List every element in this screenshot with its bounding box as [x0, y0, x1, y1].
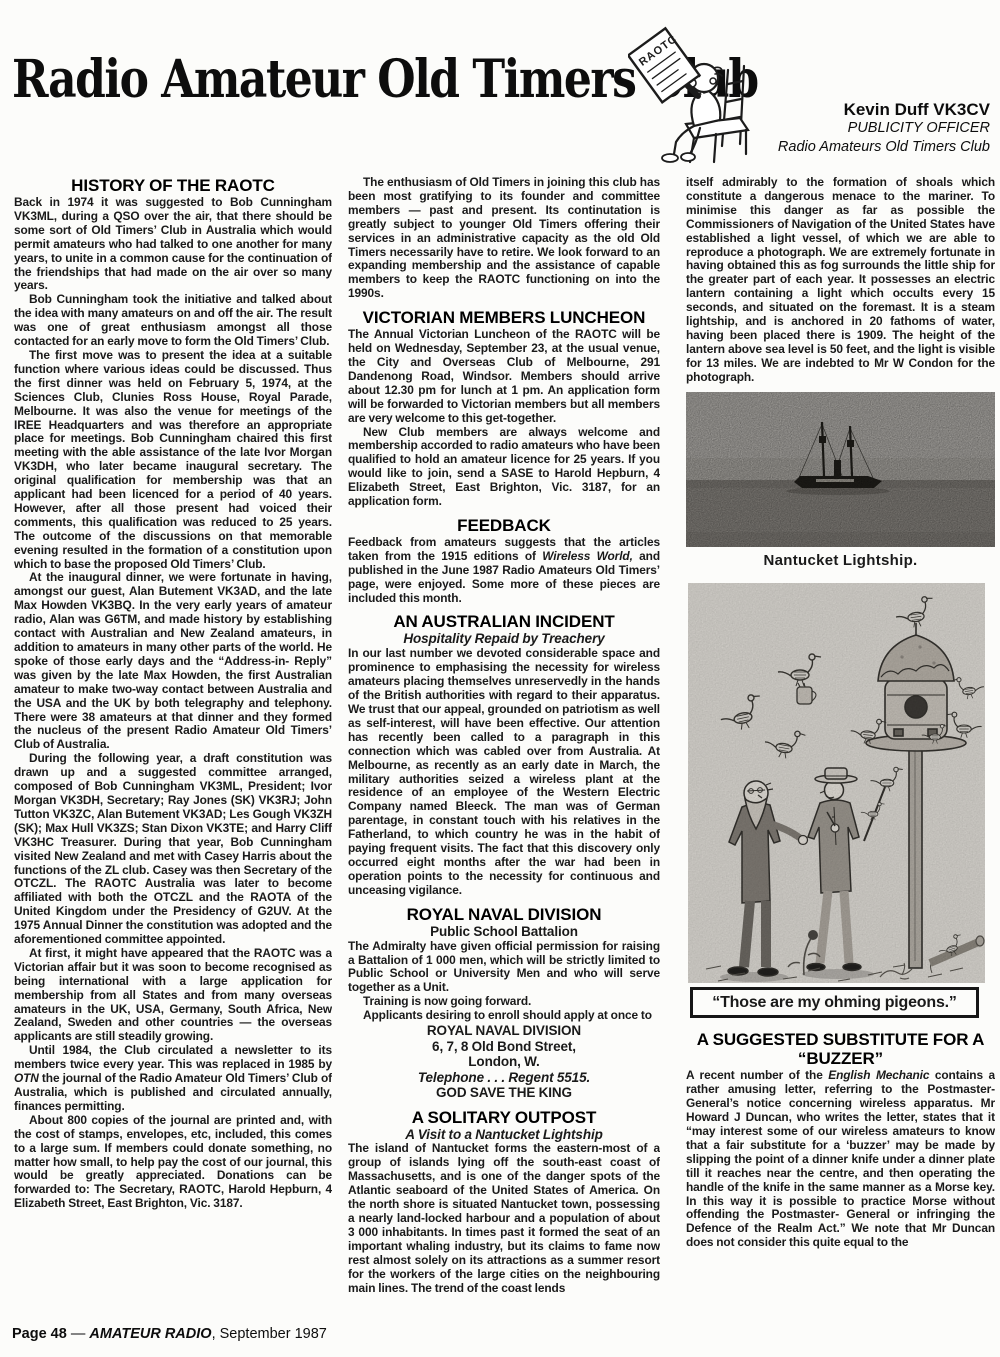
lightship-photo — [686, 392, 995, 547]
article-body: HISTORY OF THE RAOTCBack in 1974 it was … — [14, 176, 995, 1326]
paragraph: The island of Nantucket forms the easter… — [348, 1142, 660, 1295]
paragraph: A recent number of the English Mechanic … — [686, 1069, 995, 1250]
paragraph: At the inaugural dinner, we were fortuna… — [14, 571, 332, 752]
pigeons-cartoon — [686, 583, 995, 983]
paragraph: Until 1984, the Club circulated a newsle… — [14, 1044, 332, 1114]
paragraph: In our last number we devoted considerab… — [348, 647, 660, 897]
raotc-logo-svg: RAOTC — [628, 26, 760, 166]
subheading-hospitality-repaid: Hospitality Repaid by Treachery — [348, 632, 660, 646]
heading-an-australian-incident: AN AUSTRALIAN INCIDENT — [350, 612, 658, 631]
paragraph: The Admiralty have given official permis… — [348, 940, 660, 996]
photo-caption: Nantucket Lightship. — [686, 554, 995, 568]
paragraph: About 800 copies of the journal are prin… — [14, 1114, 332, 1211]
paragraph: Feedback from amateurs suggests that the… — [348, 536, 660, 606]
god-save-the-king-line: GOD SAVE THE KING — [348, 1085, 660, 1101]
footer-page-number: Page 48 — [12, 1326, 67, 1342]
byline-block: Kevin Duff VK3CV PUBLICITY OFFICER Radio… — [778, 100, 990, 157]
heading-feedback: FEEDBACK — [350, 516, 658, 535]
address-line-1: ROYAL NAVAL DIVISION — [348, 1023, 660, 1039]
byline-organisation: Radio Amateurs Old Timers Club — [778, 138, 990, 157]
paragraph: The first move was to present the idea a… — [14, 349, 332, 572]
heading-royal-naval-division: ROYAL NAVAL DIVISION — [350, 905, 658, 924]
paragraph: New Club members are always welcome and … — [348, 426, 660, 509]
column-1: HISTORY OF THE RAOTCBack in 1974 it was … — [14, 176, 332, 1326]
paragraph: At first, it might have appeared that th… — [14, 947, 332, 1044]
pigeons-cartoon-svg — [688, 583, 985, 983]
footer-separator: — — [67, 1326, 90, 1342]
lightship-photo-svg — [686, 392, 995, 547]
raotc-logo: RAOTC — [628, 26, 760, 171]
footer-journal-name: AMATEUR RADIO — [89, 1326, 211, 1342]
byline-name: Kevin Duff VK3CV — [778, 100, 990, 119]
heading-victorian-members-luncheon: VICTORIAN MEMBERS LUNCHEON — [350, 308, 658, 327]
paragraph: itself admirably to the formation of sho… — [686, 176, 995, 385]
subheading-public-school-battalion: Public School Battalion — [348, 925, 660, 939]
column-2: The enthusiasm of Old Timers in joining … — [348, 176, 660, 1326]
paragraph: The enthusiasm of Old Timers in joining … — [348, 176, 660, 301]
address-telephone: Telephone . . . Regent 5515. — [348, 1070, 660, 1086]
heading-a-solitary-outpost: A SOLITARY OUTPOST — [350, 1108, 658, 1127]
cartoon-caption: “Those are my ohming pigeons.” — [690, 987, 979, 1019]
address-line-3: London, W. — [348, 1054, 660, 1070]
paragraph: Applicants desiring to enroll should app… — [348, 1009, 660, 1023]
paragraph: Back in 1974 it was suggested to Bob Cun… — [14, 196, 332, 293]
column-3: itself admirably to the formation of sho… — [686, 176, 995, 1326]
paragraph: During the following year, a draft const… — [14, 752, 332, 947]
magazine-page: Radio Amateur Old Timers Club — [0, 0, 1000, 1357]
address-line-2: 6, 7, 8 Old Bond Street, — [348, 1039, 660, 1055]
footer-issue-date: , September 1987 — [212, 1326, 327, 1342]
heading-history-of-the-raotc: HISTORY OF THE RAOTC — [16, 176, 330, 195]
byline-role: PUBLICITY OFFICER — [778, 119, 990, 138]
heading-suggested-substitute-buzzer: A SUGGESTED SUBSTITUTE FOR A “BUZZER” — [688, 1030, 993, 1068]
page-header: Radio Amateur Old Timers Club — [0, 0, 1000, 176]
subheading-nantucket-visit: A Visit to a Nantucket Lightship — [348, 1128, 660, 1142]
paragraph: The Annual Victorian Luncheon of the RAO… — [348, 328, 660, 425]
paragraph: Training is now going forward. — [348, 995, 660, 1009]
paragraph: Bob Cunningham took the initiative and t… — [14, 293, 332, 349]
page-footer: Page 48 — AMATEUR RADIO, September 1987 — [12, 1326, 327, 1342]
